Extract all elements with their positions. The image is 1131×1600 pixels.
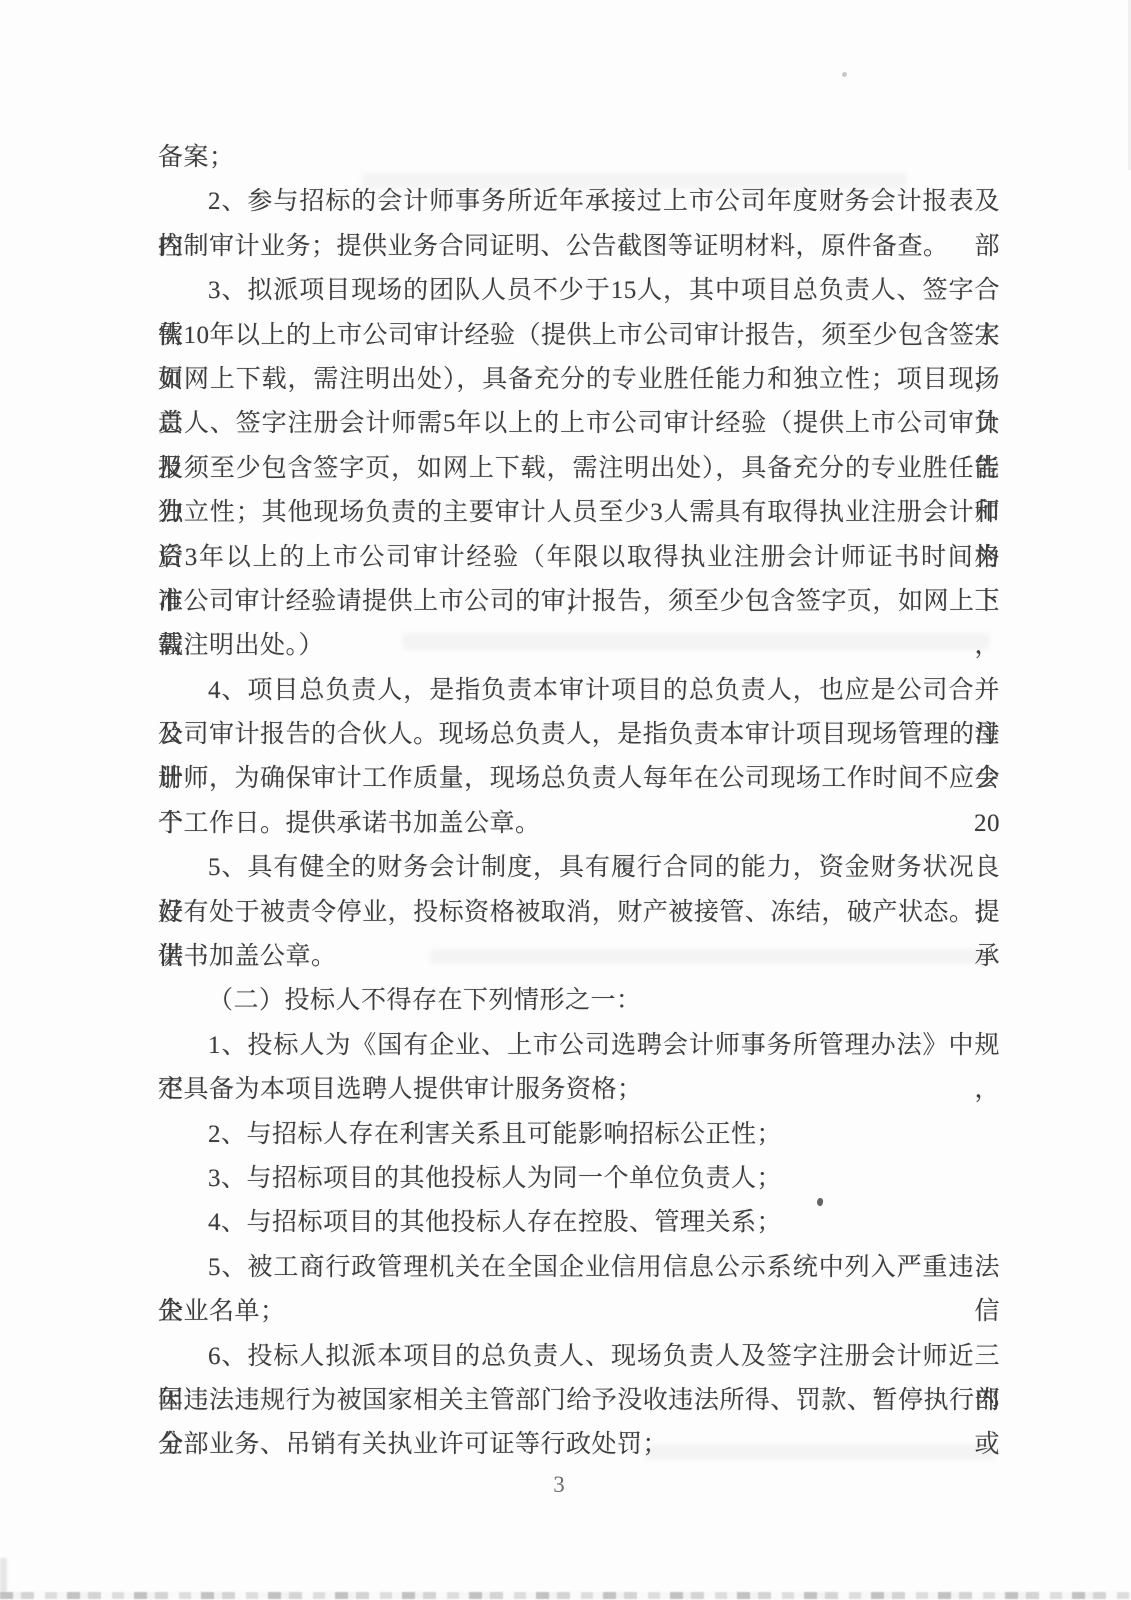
- text-line: 市公司审计经验请提供上市公司的审计报告，须至少包含签字页，如网上下载，: [158, 580, 1000, 624]
- text-line: 计师，为确保审计工作质量，现场总负责人每年在公司现场工作时间不应少于20: [158, 757, 1000, 801]
- text-line: 4、与招标项目的其他投标人存在控股、管理关系；: [158, 1201, 1000, 1245]
- text-line: 没有处于被责令停业，投标资格被取消，财产被接管、冻结，破产状态。提供承: [158, 891, 1000, 935]
- text-line: 备案；: [158, 136, 1000, 180]
- text-line: 3、拟派项目现场的团队人员不少于15人，其中项目总负责人、签字合伙人: [158, 269, 1000, 313]
- text-line: 控制审计业务；提供业务合同证明、公告截图等证明材料，原件备查。: [158, 225, 1000, 269]
- text-line: 5、被工商行政管理机关在全国企业信用信息公示系统中列入严重违法失信: [158, 1246, 1000, 1290]
- document-body-text: 备案；2、参与招标的会计师事务所近年承接过上市公司年度财务会计报表及内部控制审计…: [158, 136, 1000, 1468]
- scan-noise-band: [0, 1592, 1131, 1599]
- document-page: 备案；2、参与招标的会计师事务所近年承接过上市公司年度财务会计报表及内部控制审计…: [0, 0, 1131, 1600]
- text-line: 因违法违规行为被国家相关主管部门给予没收违法所得、罚款、暂停执行部分或: [158, 1379, 1000, 1423]
- text-line: 公司审计报告的合伙人。现场总负责人，是指负责本审计项目现场管理的注册会: [158, 713, 1000, 757]
- text-line: 2、与招标人存在利害关系且可能影响招标公正性；: [158, 1113, 1000, 1157]
- text-line: 4、项目总负责人，是指负责本审计项目的总负责人，也应是公司合并及母: [158, 669, 1000, 713]
- text-line: 后3年以上的上市公司审计经验（年限以取得执业注册会计师证书时间为准，上: [158, 536, 1000, 580]
- text-line: 6、投标人拟派本项目的总负责人、现场负责人及签字注册会计师近三年内: [158, 1335, 1000, 1379]
- text-line: 及须至少包含签字页，如网上下载，需注明出处），具备充分的专业胜任能力和: [158, 447, 1000, 491]
- text-line: 需10年以上的上市公司审计经验（提供上市公司审计报告，须至少包含签字页，: [158, 314, 1000, 358]
- page-number: 3: [0, 1472, 1118, 1498]
- text-line: 3、与招标项目的其他投标人为同一个单位负责人；: [158, 1157, 1000, 1201]
- text-line: （二）投标人不得存在下列情形之一：: [158, 979, 1000, 1023]
- text-line: 2、参与招标的会计师事务所近年承接过上市公司年度财务会计报表及内部: [158, 180, 1000, 224]
- text-line: 5、具有健全的财务会计制度，具有履行合同的能力，资金财务状况良好；: [158, 846, 1000, 890]
- scan-speck: [842, 72, 847, 77]
- text-line: 独立性；其他现场负责的主要审计人员至少3人需具有取得执业注册会计师资格: [158, 491, 1000, 535]
- text-line: 如网上下载，需注明出处），具备充分的专业胜任能力和独立性；项目现场总负: [158, 358, 1000, 402]
- text-line: 责人、签字注册会计师需5年以上的上市公司审计经验（提供上市公司审计报告: [158, 402, 1000, 446]
- scan-edge-artifact: [0, 1558, 7, 1592]
- text-line: 1、投标人为《国有企业、上市公司选聘会计师事务所管理办法》中规定，: [158, 1024, 1000, 1068]
